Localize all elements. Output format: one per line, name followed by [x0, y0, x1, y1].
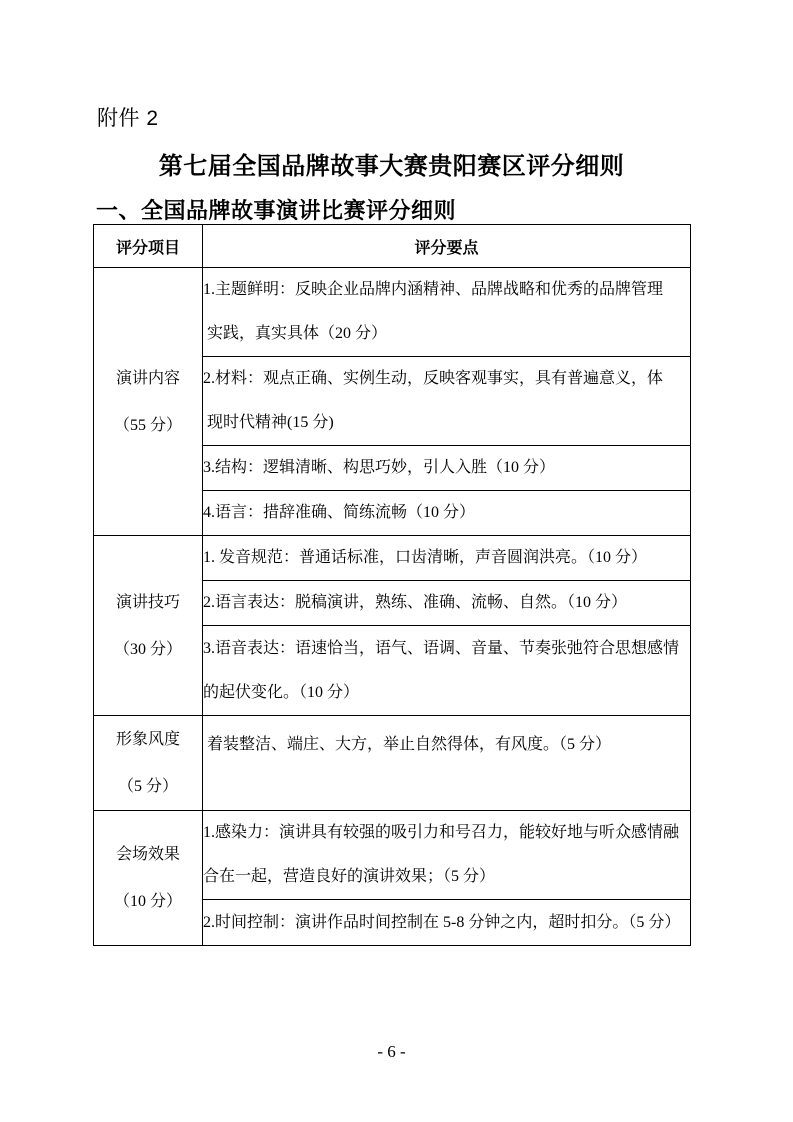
cell-line: 1.主题鲜明：反映企业品牌内涵精神、品牌战略和优秀的品牌管理	[203, 268, 690, 312]
cell-line: 2.时间控制：演讲作品时间控制在 5-8 分钟之内，超时扣分。（5 分）	[203, 901, 690, 945]
item-score: （10 分）	[94, 878, 202, 925]
document-title: 第七届全国品牌故事大赛贵阳赛区评分细则	[0, 151, 783, 183]
item-cell-appearance: 形象风度 （5 分）	[94, 716, 203, 811]
document-page: 附件 2 第七届全国品牌故事大赛贵阳赛区评分细则 一、全国品牌故事演讲比赛评分细…	[0, 0, 793, 1122]
cell-line: 2.材料：观点正确、实例生动，反映客观事实，具有普遍意义，体	[203, 357, 690, 401]
points-cell: 着装整洁、端庄、大方，举止自然得体，有风度。（5 分）	[203, 716, 691, 811]
item-score: （55 分）	[94, 402, 202, 449]
cell-line: 实践，真实具体（20 分）	[203, 312, 690, 356]
cell-line: 合在一起，营造良好的演讲效果；（5 分）	[203, 855, 690, 899]
scoring-table: 评分项目 评分要点 演讲内容 （55 分） 1.主题鲜明：反映企业品牌内涵精神、…	[93, 224, 691, 946]
item-name: 形象风度	[94, 716, 202, 763]
points-cell: 1.感染力：演讲具有较强的吸引力和号召力，能较好地与听众感情融 合在一起，营造良…	[203, 811, 691, 900]
points-cell: 3.结构：逻辑清晰、构思巧妙，引人入胜（10 分）	[203, 446, 691, 491]
item-name: 演讲内容	[94, 355, 202, 402]
item-cell-speech-skill: 演讲技巧 （30 分）	[94, 536, 203, 716]
table-row: 形象风度 （5 分） 着装整洁、端庄、大方，举止自然得体，有风度。（5 分）	[94, 716, 691, 811]
section-heading: 一、全国品牌故事演讲比赛评分细则	[96, 197, 456, 224]
item-cell-speech-content: 演讲内容 （55 分）	[94, 268, 203, 536]
cell-line: 4.语言：措辞准确、简练流畅（10 分）	[203, 491, 690, 535]
cell-line: 现时代精神(15 分)	[203, 401, 690, 445]
column-header-item: 评分项目	[94, 225, 203, 268]
item-name: 演讲技巧	[94, 579, 202, 626]
points-cell: 1.主题鲜明：反映企业品牌内涵精神、品牌战略和优秀的品牌管理 实践，真实具体（2…	[203, 268, 691, 357]
cell-line: 3.结构：逻辑清晰、构思巧妙，引人入胜（10 分）	[203, 446, 690, 490]
points-cell: 3.语音表达：语速恰当，语气、语调、音量、节奏张弛符合思想感情 的起伏变化。（1…	[203, 626, 691, 716]
table-row: 演讲内容 （55 分） 1.主题鲜明：反映企业品牌内涵精神、品牌战略和优秀的品牌…	[94, 268, 691, 357]
cell-line: 3.语音表达：语速恰当，语气、语调、音量、节奏张弛符合思想感情	[203, 627, 690, 671]
cell-line: 着装整洁、端庄、大方，举止自然得体，有风度。（5 分）	[203, 723, 690, 767]
item-score: （5 分）	[94, 763, 202, 810]
points-cell: 1. 发音规范：普通话标准，口齿清晰，声音圆润洪亮。（10 分）	[203, 536, 691, 581]
item-cell-venue-effect: 会场效果 （10 分）	[94, 811, 203, 946]
cell-line: 1. 发音规范：普通话标准，口齿清晰，声音圆润洪亮。（10 分）	[203, 536, 690, 580]
item-score: （30 分）	[94, 626, 202, 673]
points-cell: 2.材料：观点正确、实例生动，反映客观事实，具有普遍意义，体 现时代精神(15 …	[203, 357, 691, 446]
points-cell: 2.语言表达：脱稿演讲，熟练、准确、流畅、自然。（10 分）	[203, 581, 691, 626]
attachment-label: 附件 2	[97, 106, 159, 132]
cell-line: 1.感染力：演讲具有较强的吸引力和号召力，能较好地与听众感情融	[203, 811, 690, 855]
cell-line: 2.语言表达：脱稿演讲，熟练、准确、流畅、自然。（10 分）	[203, 581, 690, 625]
table-header-row: 评分项目 评分要点	[94, 225, 691, 268]
table-row: 演讲技巧 （30 分） 1. 发音规范：普通话标准，口齿清晰，声音圆润洪亮。（1…	[94, 536, 691, 581]
page-number: - 6 -	[0, 1041, 783, 1063]
cell-line: 的起伏变化。（10 分）	[203, 671, 690, 715]
points-cell: 4.语言：措辞准确、简练流畅（10 分）	[203, 491, 691, 536]
item-name: 会场效果	[94, 831, 202, 878]
points-cell: 2.时间控制：演讲作品时间控制在 5-8 分钟之内，超时扣分。（5 分）	[203, 900, 691, 946]
table-row: 会场效果 （10 分） 1.感染力：演讲具有较强的吸引力和号召力，能较好地与听众…	[94, 811, 691, 900]
column-header-points: 评分要点	[203, 225, 691, 268]
